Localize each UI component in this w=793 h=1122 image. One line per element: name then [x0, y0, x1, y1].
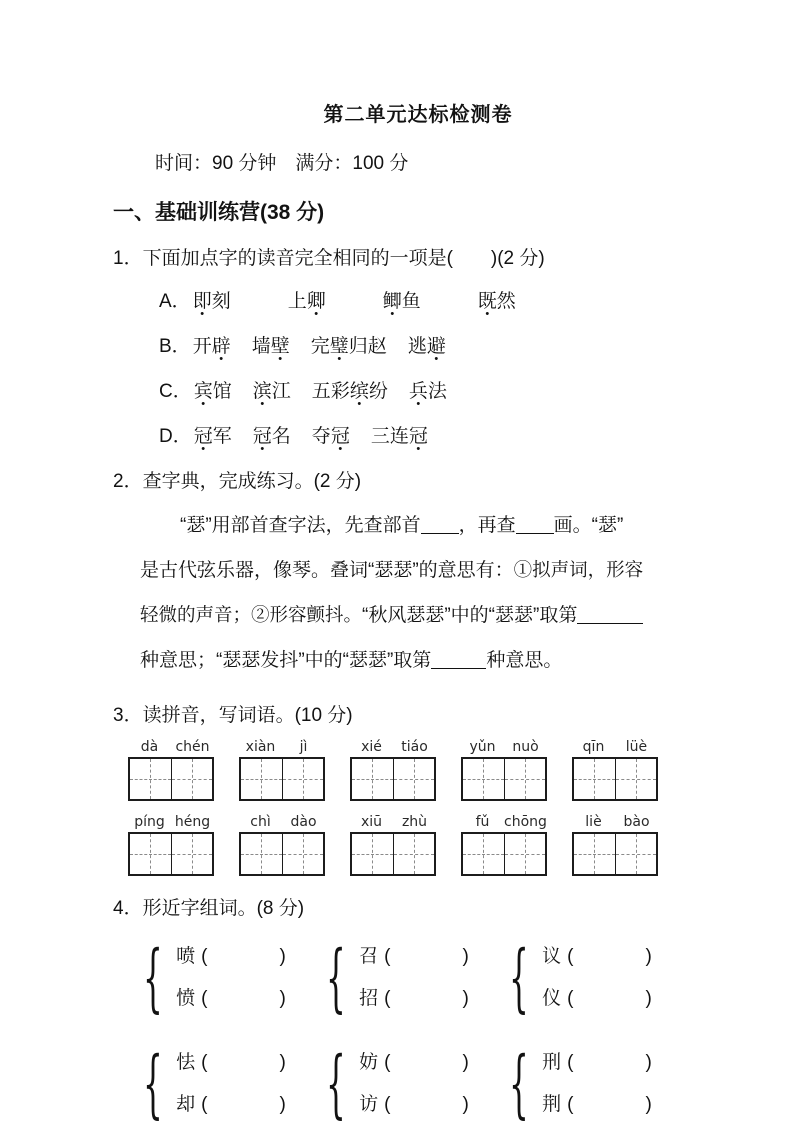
q1-stem: 1．下面加点字的读音完全相同的一项是( )(2 分): [113, 243, 723, 270]
q1-word: 墙壁: [252, 336, 290, 357]
pinyin-syllable: qīn: [572, 739, 615, 755]
compare-group: {怯()却(): [143, 1040, 326, 1122]
text-segment: “瑟”用部首查字法，先查部首: [180, 515, 421, 536]
word-box-unit: lièbào: [572, 814, 658, 876]
section-heading: 一、基础训练营(38 分): [113, 196, 723, 226]
char: 馆: [213, 376, 232, 403]
pair-line: 招(): [359, 978, 469, 1020]
char: 军: [213, 421, 232, 448]
character: 召: [359, 946, 378, 967]
text-segment: “秋风瑟瑟”中的“瑟瑟”取第: [362, 605, 577, 626]
tianzige-box: [572, 757, 658, 801]
pinyin-label: yǔnnuò: [461, 739, 547, 755]
pinyin-syllable: fǔ: [461, 814, 504, 830]
char: 连: [390, 421, 409, 448]
pair-line: 议(): [542, 936, 652, 978]
q2-stem: 2．查字典，完成练习。(2 分): [113, 466, 723, 493]
text-segment: 种意思；“瑟瑟发抖”中的“瑟瑟”取第: [140, 650, 431, 671]
dotted-char: 冠: [253, 421, 272, 448]
tianzige-cell: [171, 834, 213, 874]
pinyin-syllable: lüè: [615, 739, 658, 755]
paren-open: (: [201, 1052, 207, 1073]
character: 怯: [176, 1052, 195, 1073]
paren-open: (: [384, 1094, 390, 1115]
pinyin-label: xiétiáo: [350, 739, 436, 755]
paren-close: ): [279, 946, 285, 967]
pair-line: 荆(): [542, 1084, 652, 1122]
compare-group: {喷()愤(): [143, 934, 326, 1022]
character: 喷: [176, 946, 195, 967]
tianzige-box: [239, 832, 325, 876]
q1-word: 冠名: [253, 426, 291, 447]
text-segment: ，再查: [459, 515, 516, 536]
pair-lines: 妨()访(): [359, 1042, 469, 1122]
pair-lines: 怯()却(): [176, 1042, 286, 1122]
q1-word: 滨江: [253, 381, 291, 402]
word-box-unit: dàchén: [128, 739, 214, 801]
tianzige-box: [239, 757, 325, 801]
char: 五: [312, 376, 331, 403]
paren-close: ): [645, 1094, 651, 1115]
tianzige-cell: [282, 759, 324, 799]
tianzige-cell: [282, 834, 324, 874]
char: 开: [193, 331, 212, 358]
option-label: B．: [159, 336, 191, 357]
q1-option: C．宾馆滨江五彩缤纷兵法: [159, 376, 723, 399]
brace-icon: {: [326, 1040, 346, 1122]
dotted-char: 冠: [409, 421, 428, 448]
pair-lines: 刑()荆(): [542, 1042, 652, 1122]
pinyin-syllable: nuò: [504, 739, 547, 755]
q2-paragraph: “瑟”用部首查字法，先查部首，再查画。“瑟”是古代弦乐器，像琴。叠词“瑟瑟”的意…: [140, 503, 700, 683]
tianzige-box: [461, 757, 547, 801]
paren-close: ): [279, 1094, 285, 1115]
dotted-char: 宾: [194, 376, 213, 403]
brace-icon: {: [143, 934, 163, 1022]
q1-word: 夺冠: [312, 426, 350, 447]
word-box-unit: fǔchōng: [461, 814, 547, 876]
char: 墙: [252, 331, 271, 358]
q1-option: A．即刻上卿鲫鱼既然: [159, 286, 723, 309]
q2-line: 种意思；“瑟瑟发抖”中的“瑟瑟”取第种意思。: [140, 638, 700, 683]
pinyin-syllable: chōng: [504, 814, 547, 830]
pair-line: 刑(): [542, 1042, 652, 1084]
paren-open: (: [567, 988, 573, 1009]
char: 夺: [312, 421, 331, 448]
char: 完: [311, 331, 330, 358]
q1-word: 开辟: [193, 336, 231, 357]
char: 刻: [212, 286, 231, 313]
compare-group: {议()仪(): [509, 934, 692, 1022]
paren-close: ): [462, 1094, 468, 1115]
paren-close: ): [279, 1052, 285, 1073]
q1-word: 宾馆: [194, 381, 232, 402]
tianzige-cell: [241, 759, 282, 799]
pinyin-syllable: dà: [128, 739, 171, 755]
q1-word: 上卿: [288, 291, 326, 312]
pinyin-syllable: xié: [350, 739, 393, 755]
dotted-char: 冠: [331, 421, 350, 448]
q3-pinyin-grid: dàchénxiànjìxiétiáoyǔnnuòqīnlüèpínghéngc…: [128, 739, 723, 876]
brace-icon: {: [326, 934, 346, 1022]
tianzige-cell: [574, 759, 615, 799]
tianzige-cell: [574, 834, 615, 874]
tianzige-box: [128, 832, 214, 876]
character: 仪: [542, 988, 561, 1009]
paren-close: ): [462, 988, 468, 1009]
pinyin-syllable: zhù: [393, 814, 436, 830]
char: 然: [497, 286, 516, 313]
pinyin-row: pínghéngchìdàoxiūzhùfǔchōnglièbào: [128, 814, 723, 876]
char: 法: [428, 376, 447, 403]
paren-open: (: [567, 946, 573, 967]
paren-open: (: [201, 946, 207, 967]
tianzige-box: [461, 832, 547, 876]
q4-stem: 4．形近字组词。(8 分): [113, 893, 723, 920]
tianzige-cell: [615, 759, 657, 799]
tianzige-cell: [504, 834, 546, 874]
char: 上: [288, 286, 307, 313]
char: 赵: [368, 331, 387, 358]
pinyin-label: lièbào: [572, 814, 658, 830]
option-label: A．: [159, 291, 191, 312]
tianzige-cell: [393, 834, 435, 874]
pinyin-syllable: xiū: [350, 814, 393, 830]
pinyin-label: qīnlüè: [572, 739, 658, 755]
q1-option: D．冠军冠名夺冠三连冠: [159, 421, 723, 444]
pinyin-syllable: xiàn: [239, 739, 282, 755]
tianzige-cell: [241, 834, 282, 874]
paren-close: ): [645, 946, 651, 967]
pair-line: 仪(): [542, 978, 652, 1020]
pinyin-syllable: yǔn: [461, 739, 504, 755]
pinyin-label: xiūzhù: [350, 814, 436, 830]
pair-line: 却(): [176, 1084, 286, 1122]
character: 招: [359, 988, 378, 1009]
pinyin-syllable: chén: [171, 739, 214, 755]
pinyin-syllable: jì: [282, 739, 325, 755]
dotted-char: 滨: [253, 376, 272, 403]
pair-lines: 召()招(): [359, 936, 469, 1020]
q2-line: “瑟”用部首查字法，先查部首，再查画。“瑟”: [140, 503, 700, 548]
character: 愤: [176, 988, 195, 1009]
char: 鱼: [402, 286, 421, 313]
compare-group: {召()招(): [326, 934, 509, 1022]
brace-icon: {: [509, 1040, 529, 1122]
pair-lines: 议()仪(): [542, 936, 652, 1020]
answer-blank: [516, 514, 554, 534]
pinyin-syllable: chì: [239, 814, 282, 830]
text-segment: 画。“瑟”: [554, 515, 624, 536]
q1-option: B．开辟墙壁完璧归赵逃避: [159, 331, 723, 354]
q1-word: 三连冠: [371, 426, 428, 447]
brace-icon: {: [509, 934, 529, 1022]
tianzige-cell: [352, 834, 393, 874]
tianzige-cell: [352, 759, 393, 799]
word-box-unit: pínghéng: [128, 814, 214, 876]
tianzige-cell: [171, 759, 213, 799]
q3-stem: 3．读拼音，写词语。(10 分): [113, 700, 723, 727]
paren-open: (: [567, 1094, 573, 1115]
q1-word: 鲫鱼: [383, 291, 421, 312]
pair-line: 喷(): [176, 936, 286, 978]
pinyin-syllable: tiáo: [393, 739, 436, 755]
q1-word: 逃避: [408, 336, 446, 357]
tianzige-cell: [130, 834, 171, 874]
paren-close: ): [462, 946, 468, 967]
character: 刑: [542, 1052, 561, 1073]
pair-lines: 喷()愤(): [176, 936, 286, 1020]
character: 却: [176, 1094, 195, 1115]
dotted-char: 鲫: [383, 286, 402, 313]
option-label: C．: [159, 381, 192, 402]
tianzige-box: [572, 832, 658, 876]
word-box-unit: xiànjì: [239, 739, 325, 801]
word-box-unit: yǔnnuò: [461, 739, 547, 801]
dotted-char: 壁: [271, 331, 290, 358]
word-box-unit: qīnlüè: [572, 739, 658, 801]
pinyin-syllable: bào: [615, 814, 658, 830]
char: 逃: [408, 331, 427, 358]
pair-row: {怯()却(){妨()访(){刑()荆(): [143, 1040, 723, 1122]
option-label: D．: [159, 426, 192, 447]
char: 归: [349, 331, 368, 358]
q1-word: 兵法: [409, 381, 447, 402]
pair-line: 召(): [359, 936, 469, 978]
character: 议: [542, 946, 561, 967]
text-segment: 轻微的声音；②形容颤抖。: [140, 606, 362, 626]
compare-group: {妨()访(): [326, 1040, 509, 1122]
paren-open: (: [384, 946, 390, 967]
pair-row: {喷()愤(){召()招(){议()仪(): [143, 934, 723, 1022]
brace-icon: {: [143, 1040, 163, 1122]
word-box-unit: xiétiáo: [350, 739, 436, 801]
character: 荆: [542, 1094, 561, 1115]
paren-open: (: [201, 988, 207, 1009]
paren-open: (: [567, 1052, 573, 1073]
pair-line: 访(): [359, 1084, 469, 1122]
paren-close: ): [645, 988, 651, 1009]
pinyin-label: dàchén: [128, 739, 214, 755]
dotted-char: 冠: [194, 421, 213, 448]
tianzige-box: [128, 757, 214, 801]
char: 名: [272, 421, 291, 448]
answer-blank: [577, 604, 643, 624]
q1-word: 既然: [478, 291, 516, 312]
pinyin-syllable: dào: [282, 814, 325, 830]
q2-line: 轻微的声音；②形容颤抖。“秋风瑟瑟”中的“瑟瑟”取第: [140, 593, 700, 638]
pinyin-syllable: píng: [128, 814, 171, 830]
dotted-char: 兵: [409, 376, 428, 403]
tianzige-cell: [130, 759, 171, 799]
exam-paper-page: 第二单元达标检测卷 时间：90 分钟 满分：100 分 一、基础训练营(38 分…: [0, 0, 793, 1122]
tianzige-cell: [393, 759, 435, 799]
tianzige-box: [350, 832, 436, 876]
q1-word: 即刻: [193, 291, 231, 312]
text-segment: 是古代弦乐器，像琴。叠词“瑟瑟”的意思有：: [140, 560, 514, 581]
pinyin-row: dàchénxiànjìxiétiáoyǔnnuòqīnlüè: [128, 739, 723, 801]
dotted-char: 即: [193, 286, 212, 313]
pinyin-syllable: héng: [171, 814, 214, 830]
char: 江: [272, 376, 291, 403]
pair-line: 怯(): [176, 1042, 286, 1084]
q1-word: 完璧归赵: [311, 336, 387, 357]
answer-blank: [421, 514, 459, 534]
q4-pair-grid: {喷()愤(){召()招(){议()仪(){怯()却(){妨()访(){刑()荆…: [143, 934, 723, 1122]
paren-open: (: [384, 988, 390, 1009]
dotted-char: 卿: [307, 286, 326, 313]
pinyin-label: fǔchōng: [461, 814, 547, 830]
character: 访: [359, 1094, 378, 1115]
dotted-char: 避: [427, 331, 446, 358]
character: 妨: [359, 1052, 378, 1073]
paren-close: ): [279, 988, 285, 1009]
exam-meta: 时间：90 分钟 满分：100 分: [155, 148, 723, 175]
word-box-unit: chìdào: [239, 814, 325, 876]
paren-close: ): [645, 1052, 651, 1073]
text-segment: ①拟声词，形容: [514, 561, 644, 581]
dotted-char: 既: [478, 286, 497, 313]
tianzige-cell: [615, 834, 657, 874]
paren-open: (: [384, 1052, 390, 1073]
compare-group: {刑()荆(): [509, 1040, 692, 1122]
tianzige-cell: [463, 834, 504, 874]
dotted-char: 璧: [330, 331, 349, 358]
tianzige-cell: [463, 759, 504, 799]
answer-blank: [431, 649, 486, 669]
char: 三: [371, 421, 390, 448]
tianzige-box: [350, 757, 436, 801]
paren-open: (: [201, 1094, 207, 1115]
pair-line: 愤(): [176, 978, 286, 1020]
word-box-unit: xiūzhù: [350, 814, 436, 876]
q2-line: 是古代弦乐器，像琴。叠词“瑟瑟”的意思有：①拟声词，形容: [140, 548, 700, 593]
paren-close: ): [462, 1052, 468, 1073]
text-segment: 种意思。: [486, 650, 562, 671]
pair-line: 妨(): [359, 1042, 469, 1084]
pinyin-syllable: liè: [572, 814, 615, 830]
pinyin-label: pínghéng: [128, 814, 214, 830]
q1-word: 五彩缤纷: [312, 381, 388, 402]
tianzige-cell: [504, 759, 546, 799]
dotted-char: 辟: [212, 331, 231, 358]
q1-word: 冠军: [194, 426, 232, 447]
char: 纷: [369, 376, 388, 403]
page-title: 第二单元达标检测卷: [113, 98, 723, 127]
q1-options: A．即刻上卿鲫鱼既然B．开辟墙壁完璧归赵逃避C．宾馆滨江五彩缤纷兵法D．冠军冠名…: [113, 286, 723, 444]
pinyin-label: xiànjì: [239, 739, 325, 755]
char: 彩: [331, 376, 350, 403]
dotted-char: 缤: [350, 376, 369, 403]
pinyin-label: chìdào: [239, 814, 325, 830]
